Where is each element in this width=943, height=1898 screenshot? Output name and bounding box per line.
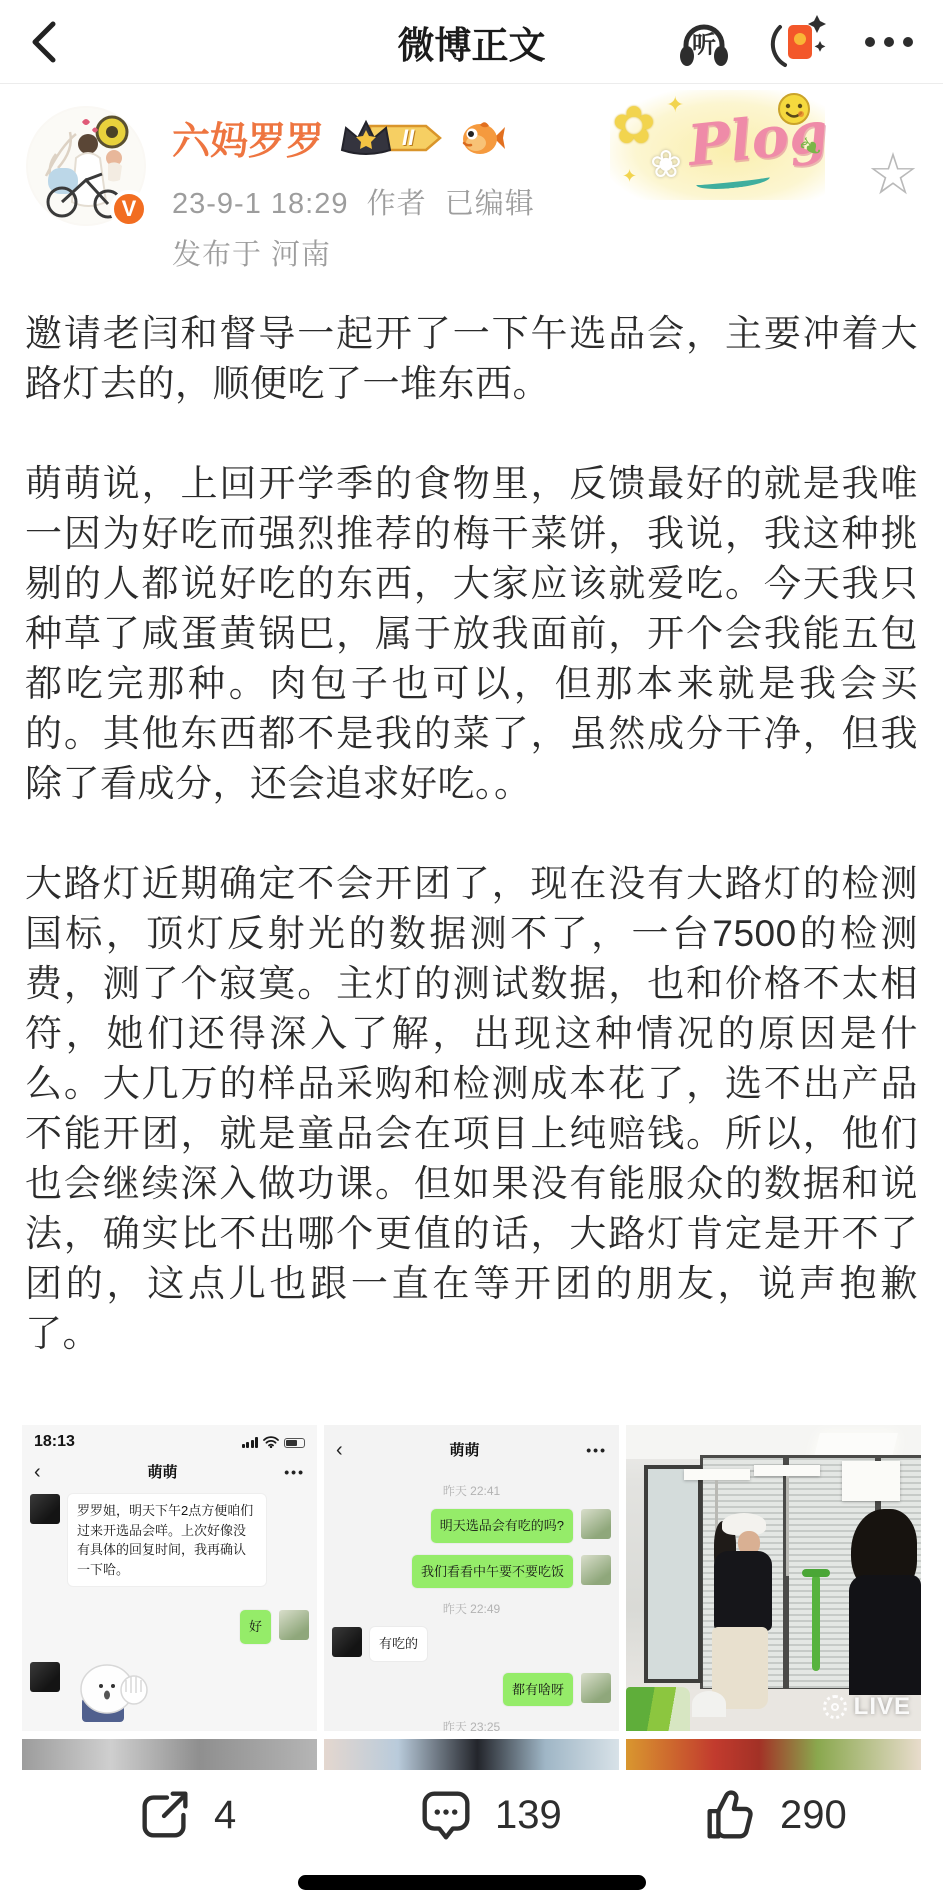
flower-icon: ❀ — [650, 142, 682, 187]
comment-button[interactable]: 139 — [415, 1772, 562, 1858]
chat-more-icon: ••• — [586, 1442, 607, 1458]
lamp-stand — [812, 1575, 820, 1671]
chat-avatar — [581, 1673, 611, 1703]
back-icon[interactable] — [30, 20, 56, 64]
battery-icon — [284, 1438, 305, 1448]
person-two-torso — [849, 1575, 921, 1695]
chat-message-sticker — [30, 1662, 309, 1724]
chat-contact-name: 萌萌 — [147, 1461, 177, 1482]
post-image-chat-screenshot-2[interactable]: ‹ 萌萌 ••• 昨天 22:41 明天选品会有吃的吗? 我们看看中午要不要吃饭… — [324, 1425, 619, 1731]
comment-count: 139 — [495, 1793, 562, 1838]
chat-back-icon: ‹ — [34, 1462, 41, 1482]
post-image-row-2-partial[interactable] — [22, 1739, 921, 1770]
bottom-action-bar: 4 139 290 — [0, 1772, 943, 1858]
share-button[interactable]: 4 — [134, 1772, 236, 1858]
like-button[interactable]: 290 — [700, 1772, 847, 1858]
live-photo-icon — [823, 1695, 847, 1719]
chat-clock: 18:13 — [34, 1433, 75, 1451]
post-body: 邀请老闫和督导一起开了一下午选品会，主要冲着大路灯去的，顺便吃了一堆东西。 萌萌… — [0, 273, 943, 1413]
cellular-signal-icon — [242, 1437, 259, 1448]
live-badge: LIVE — [823, 1693, 911, 1721]
member-crown-level-badge[interactable]: II — [336, 116, 448, 160]
chat-nav-bar: ‹ 萌萌 ••• — [324, 1425, 619, 1468]
page-title: 微博正文 — [398, 15, 546, 69]
post-meta: 23-9-1 18:29 作者 已编辑 — [172, 181, 535, 222]
chat-bubble: 罗罗姐，明天下午2点方便咱们过来开选品会咩。上次好像没有具体的回复时间，我再确认… — [68, 1494, 266, 1586]
plog-sticker: ✿ ❀ ✦ ✦ Plog ❧ — [610, 90, 825, 200]
snack-bags — [626, 1687, 690, 1731]
chat-avatar — [30, 1662, 60, 1692]
member-level-text: II — [402, 125, 414, 151]
sparkle-icon: ✦ — [666, 92, 684, 118]
verified-v-badge: V — [110, 190, 148, 228]
floor-lamp-head — [754, 1465, 820, 1476]
floor-lamp-head — [684, 1469, 750, 1480]
post-image-chat-screenshot-1[interactable]: 18:13 ‹ 萌萌 ••• 罗罗姐，明天下午2点方便咱们过来开选品会咩。上次好… — [22, 1425, 317, 1731]
chat-time-divider: 昨天 22:41 — [332, 1482, 611, 1499]
chat-avatar — [581, 1509, 611, 1539]
favorite-star-icon[interactable]: ☆ — [867, 146, 919, 204]
home-indicator-bar[interactable] — [298, 1875, 646, 1890]
chat-bubble: 明天选品会有吃的吗? — [431, 1509, 573, 1543]
username[interactable]: 六妈罗罗 — [172, 110, 324, 165]
floor-lamp-head — [842, 1461, 900, 1501]
share-icon — [134, 1784, 196, 1846]
chair — [692, 1691, 726, 1717]
chat-message-outgoing: 我们看看中午要不要吃饭 — [332, 1555, 611, 1589]
chat-avatar — [332, 1627, 362, 1657]
like-count: 290 — [780, 1793, 847, 1838]
chat-contact-name: 萌萌 — [449, 1439, 479, 1460]
chat-message-outgoing: 好 — [30, 1610, 309, 1644]
chat-back-icon: ‹ — [336, 1440, 343, 1460]
chat-status-bar: 18:13 — [22, 1425, 317, 1451]
chat-avatar — [581, 1555, 611, 1585]
sparkle-icon: ✦ — [622, 166, 637, 187]
chat-time-divider: 昨天 22:49 — [332, 1600, 611, 1617]
floor-lamp-pole — [786, 1476, 789, 1576]
more-menu-icon[interactable] — [865, 37, 913, 47]
chat-avatar — [30, 1494, 60, 1524]
smiley-icon — [777, 92, 811, 126]
chat-nav-bar: ‹ 萌萌 ••• — [22, 1451, 317, 1490]
listen-label: 听 — [692, 24, 716, 59]
post-image-office-photo[interactable]: LIVE — [626, 1425, 921, 1731]
post-location: 发布于 河南 — [172, 232, 535, 273]
thumbs-up-icon — [700, 1784, 762, 1846]
chat-bubble: 好 — [240, 1610, 271, 1644]
chat-more-icon: ••• — [284, 1464, 305, 1480]
chat-message-outgoing: 明天选品会有吃的吗? — [332, 1509, 611, 1543]
comment-icon — [415, 1784, 477, 1846]
chat-bubble: 都有啥呀 — [503, 1673, 573, 1707]
chat-message-outgoing: 都有啥呀 — [332, 1673, 611, 1707]
author-header: V 六妈罗罗 II — [0, 84, 943, 273]
chat-message-incoming: 罗罗姐，明天下午2点方便咱们过来开选品会咩。上次好像没有具体的回复时间，我再确认… — [30, 1494, 309, 1586]
chat-bubble: 我们看看中午要不要吃饭 — [412, 1555, 573, 1589]
post-image-partial[interactable] — [22, 1739, 317, 1770]
paragraph: 大路灯近期确定不会开团了，现在没有大路灯的检测国标，顶灯反射光的数据测不了，一台… — [25, 859, 918, 1359]
edited-label[interactable]: 已编辑 — [445, 188, 535, 220]
live-label: LIVE — [854, 1693, 911, 1721]
chat-time-divider: 昨天 23:25 — [332, 1718, 611, 1731]
paragraph: 萌萌说，上回开学季的食物里，反馈最好的就是我唯一因为好吃而强烈推荐的梅干菜饼，我… — [25, 459, 918, 809]
post-image-partial[interactable] — [324, 1739, 619, 1770]
author-label: 作者 — [367, 188, 427, 220]
chat-message-incoming: 有吃的 — [332, 1627, 611, 1661]
top-nav-bar: 微博正文 听 — [0, 0, 943, 84]
post-image-partial[interactable] — [626, 1739, 921, 1770]
chat-sticker-emoji — [74, 1662, 150, 1724]
post-timestamp: 23-9-1 18:29 — [172, 188, 348, 220]
frosted-door — [644, 1465, 702, 1683]
share-count: 4 — [214, 1793, 236, 1838]
listen-audio-icon[interactable]: 听 — [675, 14, 733, 70]
fish-pet-icon[interactable] — [460, 117, 506, 159]
paragraph: 我可能是童品会做大路灯项目最大的受益者。。数据最差的两台直接淘汰我也不要，其他的… — [25, 1409, 918, 1413]
wifi-icon — [263, 1436, 279, 1448]
paragraph: 邀请老闫和督导一起开了一下午选品会，主要冲着大路灯去的，顺便吃了一堆东西。 — [25, 309, 918, 409]
person-one-torso — [714, 1551, 772, 1631]
chat-bubble: 有吃的 — [370, 1627, 427, 1661]
post-image-grid: 18:13 ‹ 萌萌 ••• 罗罗姐，明天下午2点方便咱们过来开选品会咩。上次好… — [22, 1425, 921, 1731]
red-packet-icon[interactable] — [769, 13, 829, 71]
chat-avatar — [279, 1610, 309, 1640]
